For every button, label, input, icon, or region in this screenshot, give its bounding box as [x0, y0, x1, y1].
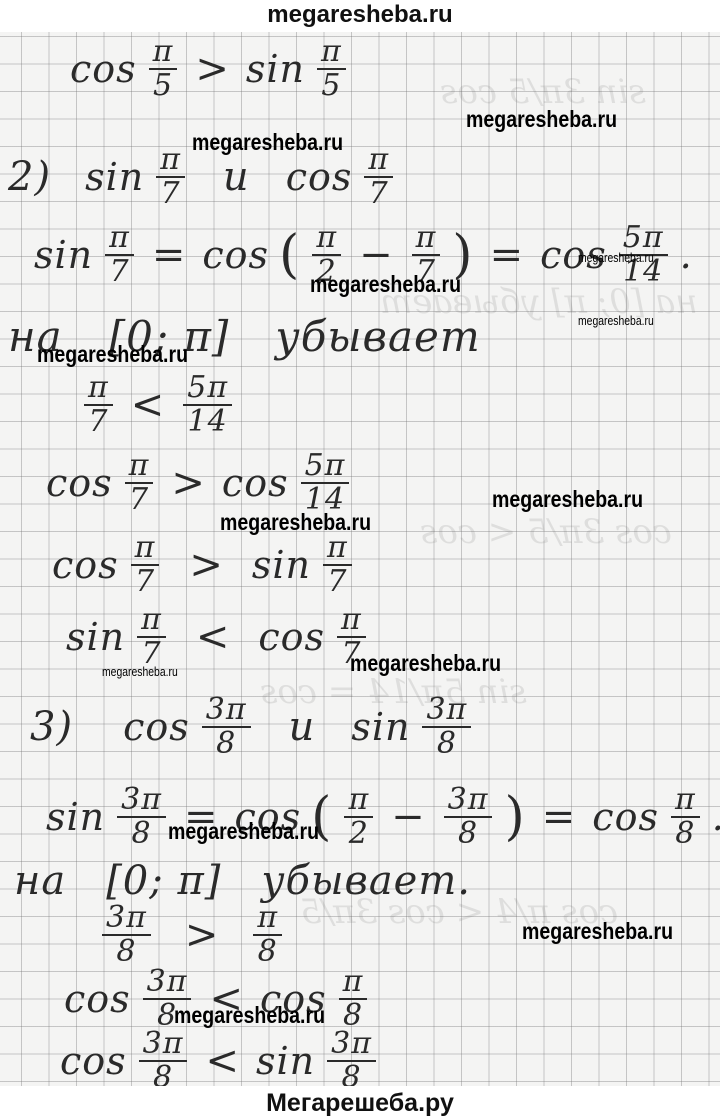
site-footer: Мегарешеба.ру — [0, 1086, 720, 1120]
inequality-line-1: cos π5 > sin π5 — [70, 36, 348, 102]
watermark: megaresheba.ru — [578, 314, 654, 327]
fraction: 3π8 — [327, 1028, 376, 1086]
conjunction: и — [223, 154, 250, 200]
interval: [0; π] — [106, 858, 221, 904]
fraction: 3π8 — [117, 784, 166, 850]
watermark: megaresheba.ru — [37, 343, 188, 366]
task-number: 3) — [30, 704, 73, 750]
watermark: megaresheba.ru — [492, 488, 643, 511]
graph-paper-sheet: sin 3π/5 cos на [0; π] убывает cos 3π/5 … — [0, 32, 720, 1086]
cos-comparison-line-2: cos π7 > cos 5π14 — [46, 450, 351, 516]
operator: > — [189, 542, 224, 588]
fraction: 3π8 — [444, 784, 493, 850]
equals: = — [152, 232, 187, 278]
fraction: π7 — [84, 372, 113, 438]
fraction: π7 — [131, 532, 160, 598]
function-cos: cos — [222, 461, 289, 505]
function-sin: sin — [256, 1039, 315, 1083]
reduction-formula-line-3: sin 3π8 = cos ( π2 − 3π8 ) = cos π8 . — [46, 784, 720, 850]
fraction: 5π14 — [301, 450, 350, 516]
watermark: megaresheba.ru — [192, 131, 343, 154]
function-cos: cos — [70, 47, 137, 91]
watermark: megaresheba.ru — [168, 820, 319, 843]
operator: < — [196, 614, 231, 660]
text-decreasing: убывает — [275, 312, 480, 361]
fraction: π8 — [339, 966, 368, 1032]
period: . — [680, 233, 693, 277]
fraction: π5 — [149, 36, 178, 102]
fraction: π7 — [125, 450, 154, 516]
site-header: megaresheba.ru — [0, 0, 720, 32]
conjunction: и — [289, 704, 316, 750]
function-cos: cos — [46, 461, 113, 505]
function-sin: sin — [351, 705, 410, 749]
fraction: 3π8 — [102, 902, 151, 968]
paren-close: ) — [504, 787, 525, 847]
minus: − — [391, 794, 426, 840]
period: . — [712, 795, 720, 839]
operator: > — [195, 46, 230, 92]
function-sin: sin — [34, 233, 93, 277]
fraction: π7 — [105, 222, 134, 288]
function-sin: sin — [85, 155, 144, 199]
argument-comparison-line-2: π7 < 5π14 — [82, 372, 234, 438]
equals: = — [490, 232, 525, 278]
operator: > — [171, 460, 206, 506]
function-sin: sin — [66, 615, 125, 659]
fraction: 3π8 — [422, 694, 471, 760]
text-decreasing: убывает. — [261, 858, 471, 904]
conclusion-line-2b: sin π7 < cos π7 — [66, 604, 368, 670]
watermark: megaresheba.ru — [310, 273, 461, 296]
fraction: π8 — [671, 784, 700, 850]
function-sin: sin — [246, 47, 305, 91]
fraction: π7 — [156, 144, 185, 210]
fraction: π7 — [364, 144, 393, 210]
function-cos: cos — [60, 1039, 127, 1083]
function-cos: cos — [258, 615, 325, 659]
watermark: megaresheba.ru — [102, 665, 178, 678]
fraction: 5π14 — [183, 372, 232, 438]
task-3-heading: 3) cos 3π8 и sin 3π8 — [30, 694, 473, 760]
equals: = — [542, 794, 577, 840]
text-on: на — [14, 858, 66, 904]
fraction: π5 — [317, 36, 346, 102]
operator: > — [185, 912, 220, 958]
conclusion-line-2a: cos π7 > sin π7 — [52, 532, 354, 598]
argument-comparison-line-3: 3π8 > π8 — [100, 902, 284, 968]
function-cos: cos — [52, 543, 119, 587]
fraction: π7 — [323, 532, 352, 598]
fraction: 3π8 — [202, 694, 251, 760]
function-cos: cos — [64, 977, 131, 1021]
conclusion-line-3: cos 3π8 < sin 3π8 — [60, 1028, 378, 1086]
operator: < — [205, 1038, 240, 1084]
function-sin: sin — [46, 795, 105, 839]
watermark: megaresheba.ru — [522, 920, 673, 943]
watermark: megaresheba.ru — [350, 652, 501, 675]
function-cos: cos — [286, 155, 353, 199]
bleed-through-ink: cos 3π/5 < cos — [420, 512, 672, 552]
fraction: π2 — [344, 784, 373, 850]
task-number: 2) — [8, 154, 51, 200]
operator: < — [131, 382, 166, 428]
fraction: 3π8 — [139, 1028, 188, 1086]
fraction: π7 — [137, 604, 166, 670]
paren-open: ( — [279, 225, 300, 285]
monotonic-note-line-3: на [0; π] убывает. — [14, 858, 471, 904]
watermark: megaresheba.ru — [578, 251, 654, 264]
function-cos: cos — [202, 233, 269, 277]
watermark: megaresheba.ru — [220, 511, 371, 534]
function-sin: sin — [252, 543, 311, 587]
function-cos: cos — [592, 795, 659, 839]
function-cos: cos — [123, 705, 190, 749]
watermark: megaresheba.ru — [174, 1004, 325, 1027]
watermark: megaresheba.ru — [466, 108, 617, 131]
fraction: π8 — [253, 902, 282, 968]
